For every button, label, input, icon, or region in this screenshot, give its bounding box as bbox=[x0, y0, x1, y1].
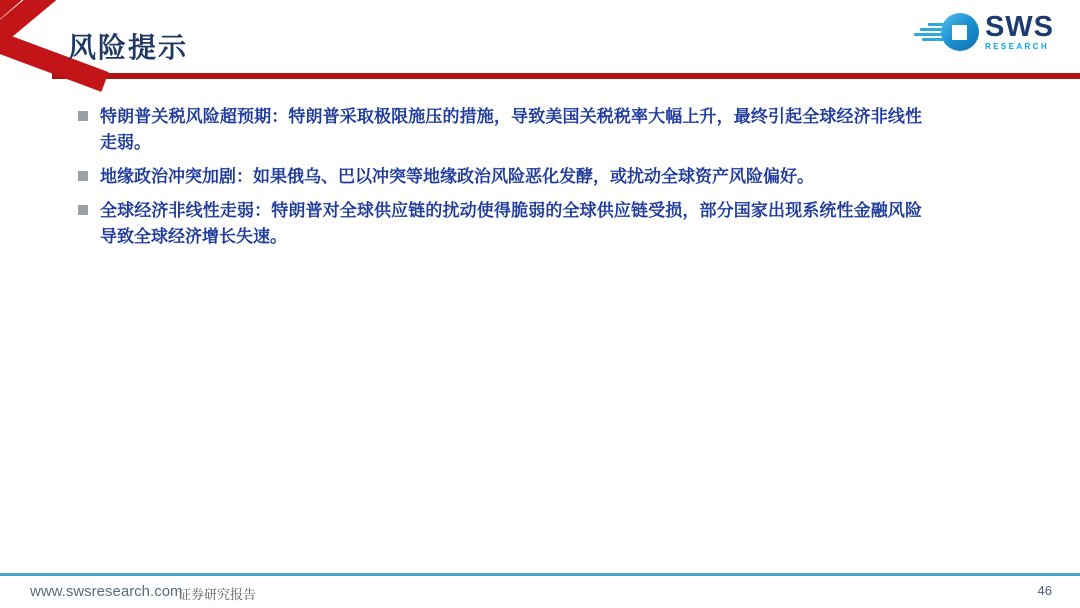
footer-doc-type: 证券研究报告 bbox=[178, 584, 256, 603]
header-rule bbox=[52, 73, 1080, 79]
bullet-square-marker bbox=[78, 171, 88, 181]
bullet-text: 全球经济非线性走弱：特朗普对全球供应链的扰动使得脆弱的全球供应链受损，部分国家出… bbox=[100, 198, 922, 250]
page-title: 风险提示 bbox=[68, 26, 188, 66]
bullet-square-marker bbox=[78, 205, 88, 215]
risk-bullet-geopolitics: 地缘政治冲突加剧：如果俄乌、巴以冲突等地缘政治风险恶化发酵，或扰动全球资产风险偏… bbox=[78, 164, 968, 190]
footer-website: www.swsresearch.com bbox=[30, 583, 183, 600]
bullet-text: 地缘政治冲突加剧：如果俄乌、巴以冲突等地缘政治风险恶化发酵，或扰动全球资产风险偏… bbox=[100, 164, 922, 190]
risk-bullet-tariff: 特朗普关税风险超预期：特朗普采取极限施压的措施，导致美国关税税率大幅上升，最终引… bbox=[78, 104, 968, 156]
risk-bullet-list: 特朗普关税风险超预期：特朗普采取极限施压的措施，导致美国关税税率大幅上升，最终引… bbox=[78, 104, 968, 258]
sws-logo: SWS RESEARCH bbox=[914, 13, 1054, 51]
bullet-text: 特朗普关税风险超预期：特朗普采取极限施压的措施，导致美国关税税率大幅上升，最终引… bbox=[100, 104, 922, 156]
report-slide: 风险提示 SWS RESEARCH 特朗普关税风险超预期：特朗普采取极限施压的措… bbox=[0, 0, 1080, 608]
logo-coin-square bbox=[952, 25, 967, 40]
logo-speedlines-icon bbox=[914, 23, 944, 41]
logo-text: SWS RESEARCH bbox=[985, 14, 1054, 51]
logo-subtext: RESEARCH bbox=[985, 42, 1054, 51]
footer-page-number: 46 bbox=[1038, 583, 1052, 598]
logo-coin-icon bbox=[941, 13, 979, 51]
risk-bullet-global-economy: 全球经济非线性走弱：特朗普对全球供应链的扰动使得脆弱的全球供应链受损，部分国家出… bbox=[78, 198, 968, 250]
logo-brand: SWS bbox=[985, 14, 1054, 41]
footer-divider bbox=[0, 573, 1080, 576]
bullet-square-marker bbox=[78, 111, 88, 121]
